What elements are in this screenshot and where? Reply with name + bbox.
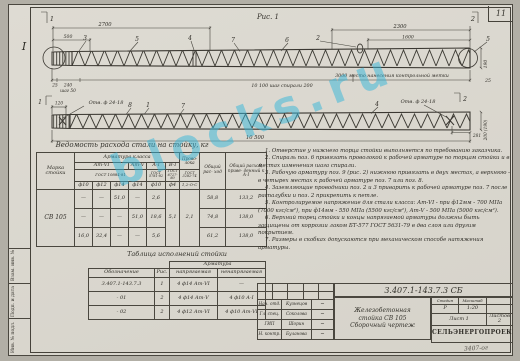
cell: 2,6 <box>147 189 166 208</box>
cell <box>303 284 318 292</box>
cell <box>258 284 273 292</box>
cell: — <box>75 189 93 208</box>
dim-200-190: 200 (190) <box>483 119 488 141</box>
cell: Прово- лока <box>180 153 200 170</box>
cell: ГОСТ 5781-82 <box>147 170 166 182</box>
cell: 61,2 <box>200 227 226 246</box>
pos-1: 1 <box>146 102 150 109</box>
margin-divider <box>8 248 30 249</box>
cell: 5,6 <box>147 227 166 246</box>
note-7: 7. Размеры в скобках допускаются при мех… <box>258 237 510 252</box>
section-mark-1: 1 <box>50 15 54 23</box>
cell: ф10 <box>75 181 93 189</box>
cell: 16,0 <box>75 227 93 246</box>
hole-label-right: Отв. ф 24-18 <box>401 98 436 105</box>
vedomost-title: Ведомость расхода стали на стойку, кг <box>32 141 232 149</box>
scanned-drawing-page: { "sheet": { "number": "11", "stamp": "3… <box>0 0 520 361</box>
cell <box>288 284 303 292</box>
cell <box>318 284 333 292</box>
doc-code: 3.407.1-143.7.3 СБ <box>334 283 513 297</box>
archive-stamp: 3407-ог <box>464 344 488 352</box>
section-mark-2: 2 <box>470 15 475 23</box>
pos-8: 8 <box>128 102 132 109</box>
cell: А-I <box>147 163 166 170</box>
cell: ГОСТ 10884-81 <box>75 170 147 182</box>
detail-mark-I: I <box>21 40 27 53</box>
margin-vzam-label: Взам. инв. № <box>11 247 16 281</box>
cell: ГОСТ 6727-80 <box>166 170 180 182</box>
cell <box>273 284 288 292</box>
cell: 1,2-О-С <box>180 181 200 189</box>
sheets-label: Листов 2 <box>487 314 513 326</box>
cell: Ат-V <box>129 163 147 170</box>
sig-name: Соколова <box>282 310 312 320</box>
pos-2: 2 <box>315 35 320 42</box>
margin-podp-label: Подп. и дата <box>11 283 16 317</box>
dim-25-right: 25 <box>484 78 491 84</box>
pos-7: 7 <box>231 37 235 44</box>
cell: - 02 <box>89 306 155 320</box>
cell: — <box>129 189 147 208</box>
sig-name: Буланова <box>282 330 312 340</box>
cell: ф4 <box>166 181 180 189</box>
pos-3: 3 <box>83 35 87 42</box>
sig-role: Н. контр. <box>258 330 282 340</box>
notes-list: 1. Отверстие у нижнего торца стойки выпо… <box>258 148 510 252</box>
cell <box>89 262 170 269</box>
section-mark-1b: 1 <box>38 99 42 106</box>
dim-10500: 10 500 <box>246 135 265 141</box>
sig-sign: ~ <box>312 330 334 340</box>
cell: 4 ф12 Ат-VI <box>170 306 218 320</box>
cell: - 01 <box>89 292 155 306</box>
stand-marka: СВ 105 <box>37 189 75 246</box>
cell: — <box>111 227 129 246</box>
dim-10100-spiral: 10 100 шаг спирали 200 <box>251 83 312 89</box>
cell: Рис. <box>155 269 170 278</box>
sig-sign: ~ <box>312 310 334 320</box>
dim-500: 500 <box>64 34 73 40</box>
table-row: ГИП Шорин ~ <box>258 320 334 330</box>
pos-6: 6 <box>285 37 289 44</box>
note-2: 2. Спираль поз. 6 привязать проволокой к… <box>258 155 510 170</box>
sheet-label: Лист 1 <box>432 314 487 326</box>
cell: Арматура класса <box>75 153 180 163</box>
pos-5: 5 <box>135 36 139 43</box>
cell: Обозначение <box>89 269 155 278</box>
cell: Общий рас- ход <box>200 153 226 190</box>
sig-name: Шорин <box>282 320 312 330</box>
scale-header: Масштаб <box>459 298 487 305</box>
doc-title-line2: стойка СВ 105 <box>359 315 407 323</box>
sig-role: Нач. отд. <box>258 300 282 310</box>
stage-value: Р <box>432 305 459 314</box>
cell: 5,1 <box>166 189 180 246</box>
cell: ф14 <box>111 181 129 189</box>
stage-header: Стадия <box>432 298 459 305</box>
note-4: 4. Заземляющие проводники поз. 2 и 3 при… <box>258 185 510 200</box>
cell: 4 ф14 Ат-VI <box>170 278 218 292</box>
cell: 51,0 <box>111 189 129 208</box>
cell: 51,0 <box>129 208 147 227</box>
table-row: Н. контр. Буланова ~ <box>258 330 334 340</box>
dim-190: 190 <box>484 60 489 69</box>
cell: ф10 <box>147 181 166 189</box>
table-row: Нач. отд. Кузнецов ~ <box>258 300 334 310</box>
pos-7b: 7 <box>181 103 185 110</box>
cell: ненапрягаемая <box>218 269 266 278</box>
cell: 4 ф14 Ат-V <box>170 292 218 306</box>
cell <box>487 298 513 305</box>
pos-4b: 4 <box>374 101 379 108</box>
margin-divider <box>8 318 30 319</box>
note-3: 3. Рабочую арматуру поз. 9 (рис. 2) нижн… <box>258 170 510 185</box>
cell: Арматура <box>170 262 266 269</box>
table-row: 3.407.1-143.7.3 1 4 ф14 Ат-VI — <box>89 278 266 292</box>
pos-5r: 5 <box>486 36 490 43</box>
cell: 2,1 <box>180 189 200 246</box>
dim-240: 240 <box>63 84 72 89</box>
stage-sheet-grid: Стадия Масштаб Р 1:20 Лист 1 Листов 2 СЕ… <box>431 297 513 343</box>
cell: ГОСТ 3282-74 <box>180 170 200 182</box>
cell: 2 <box>155 292 170 306</box>
cell: 1 <box>155 278 170 292</box>
figure1-beam <box>43 44 478 69</box>
dim-2300: 2300 <box>392 24 407 30</box>
versions-title: Таблица исполнений стойки <box>88 250 266 258</box>
scale-value: 1:20 <box>459 305 487 314</box>
pos-4: 4 <box>187 35 192 42</box>
dim-281: 281 <box>472 134 481 139</box>
dim-120: 120 <box>55 102 63 107</box>
vedomost-table: Марка стойки Арматура класса Прово- лока… <box>36 152 267 247</box>
dim-25-left: 25 <box>51 84 58 89</box>
signatures-table: Нач. отд. Кузнецов ~ Гл. спец. Соколова … <box>257 299 334 340</box>
cell: ф12 <box>93 181 111 189</box>
sig-role: ГИП <box>258 320 282 330</box>
doc-title-line1: Железобетонная <box>354 307 411 315</box>
note-6: 6. Верхний торец стойки и концы напрягае… <box>258 215 510 237</box>
table-row: - 01 2 4 ф14 Ат-V 4 ф10 А-I <box>89 292 266 306</box>
organization: СЕЛЬЭНЕРГОПРОЕКТ <box>432 325 513 342</box>
cell: ф14 <box>129 181 147 189</box>
note-5: 5. Контролируемое напряжение для стали к… <box>258 200 510 215</box>
versions-table: Арматура Обозначение Рис. напрягаемая не… <box>88 261 266 320</box>
dim-shag50: шаг 50 <box>60 89 76 94</box>
revision-strip <box>257 283 334 300</box>
table-row: Гл. спец. Соколова ~ <box>258 310 334 320</box>
cell: 32,4 <box>93 227 111 246</box>
margin-divider <box>8 283 30 284</box>
cell: 58,8 <box>200 189 226 208</box>
cell: 2 <box>155 306 170 320</box>
cell: — <box>129 227 147 246</box>
cell: Ат-VI <box>75 163 129 170</box>
cell: — <box>75 208 93 227</box>
doc-title-line3: Сборочный чертеж <box>350 322 415 330</box>
cell: 18,6 <box>147 208 166 227</box>
dim-1600: 1600 <box>402 35 414 41</box>
figures-drawing: Рис. 1 1 2 I 2700 500 2300 1600 3 5 4 7 … <box>0 0 520 150</box>
cell: — <box>93 208 111 227</box>
doc-title: Железобетонная стойка СВ 105 Сборочный ч… <box>334 297 431 340</box>
sig-name: Кузнецов <box>282 300 312 310</box>
section-mark-2b: 2 <box>462 96 467 103</box>
margin-inv-label: Инв. № подл. <box>11 319 16 353</box>
cell: В-I <box>166 163 180 170</box>
cell: напрягаемая <box>170 269 218 278</box>
sig-sign: ~ <box>312 320 334 330</box>
dim-3000-metka: 3000 место нанесения контрольной метки <box>335 73 449 79</box>
sig-sign: ~ <box>312 300 334 310</box>
hole-label-left: Отв. ф 24-18 <box>89 99 124 106</box>
cell: 3.407.1-143.7.3 <box>89 278 155 292</box>
figure2-beam <box>52 112 470 130</box>
table-row: - 02 2 4 ф12 Ат-VI 4 ф10 Ат-VI <box>89 306 266 320</box>
fig1-caption: Рис. 1 <box>256 13 279 21</box>
dim-2700: 2700 <box>97 22 112 28</box>
cell <box>487 305 513 314</box>
sig-role: Гл. спец. <box>258 310 282 320</box>
cell: 74,8 <box>200 208 226 227</box>
cell: — <box>93 189 111 208</box>
cell: Марка стойки <box>37 153 75 190</box>
cell: — <box>111 208 129 227</box>
